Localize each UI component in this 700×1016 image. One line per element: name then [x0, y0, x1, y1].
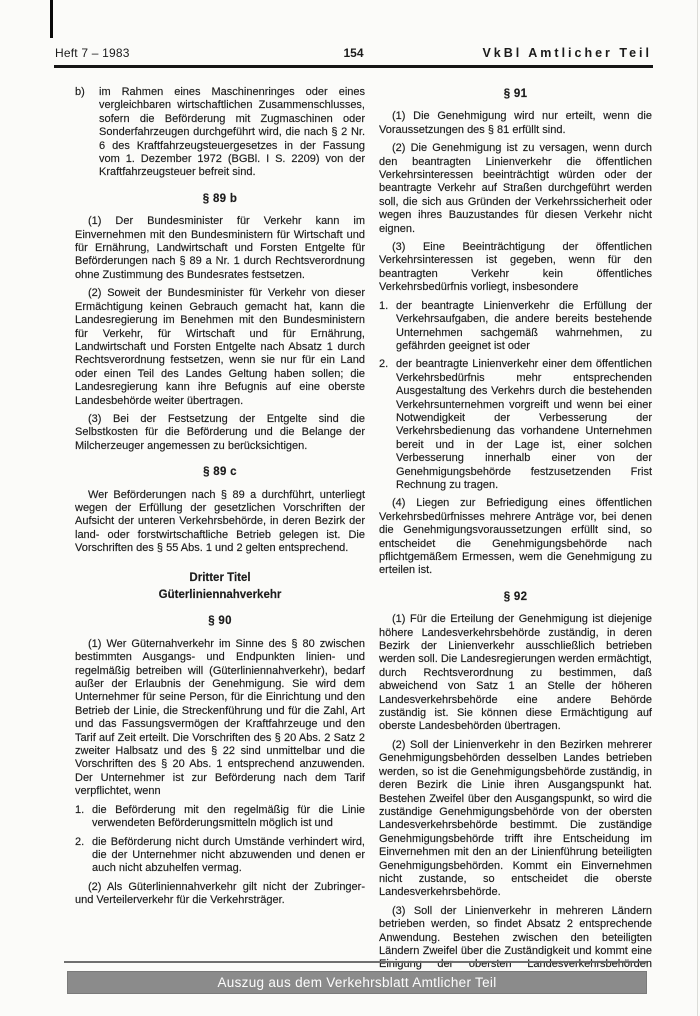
paragraph-90-2: (2) Als Güterliniennahverkehr gilt nicht…: [75, 881, 365, 908]
paragraph-91-2: (2) Die Genehmigung ist zu versagen, wen…: [379, 142, 652, 236]
scan-artifact-mark: [50, 0, 53, 38]
section-heading-90: § 90: [75, 615, 365, 628]
paragraph-91-3: (3) Eine Beeinträchtigung der öffentlich…: [379, 241, 652, 295]
list-item-90-1: 1. die Beförderung mit den regelmäßig fü…: [75, 804, 365, 831]
two-column-body: b) im Rahmen eines Maschinenringes oder …: [75, 86, 652, 985]
list-item-91-2: 2. der beantragte Linienverkehr einer de…: [379, 358, 652, 492]
list-item-90-2-marker: 2.: [75, 836, 92, 876]
paragraph-89b-2: (2) Soweit der Bundesminister für Verkeh…: [75, 287, 365, 408]
footer-rule: [64, 961, 647, 963]
paragraph-91-4: (4) Liegen zur Befriedigung eines öffent…: [379, 497, 652, 577]
list-item-91-1-marker: 1.: [379, 300, 396, 354]
list-item-91-1-text: der beantragte Linienverkehr die Erfüllu…: [396, 300, 652, 354]
paragraph-89b-3: (3) Bei der Festsetzung der Entgelte sin…: [75, 413, 365, 453]
section-heading-89c: § 89 c: [75, 466, 365, 479]
right-column: § 91 (1) Die Genehmigung wird nur erteil…: [379, 86, 652, 985]
list-item-b-text: im Rahmen eines Maschinenringes oder ein…: [99, 86, 365, 180]
section-heading-92: § 92: [379, 591, 652, 604]
paragraph-89b-1: (1) Der Bundesminister für Verkehr kann …: [75, 215, 365, 282]
page-header: Heft 7 – 1983 154 VkBl Amtlicher Teil: [55, 46, 652, 62]
scan-edge-line: [697, 0, 698, 1016]
header-rule: [54, 65, 653, 68]
section-heading-89b: § 89 b: [75, 193, 365, 206]
list-item-91-1: 1. der beantragte Linienverkehr die Erfü…: [379, 300, 652, 354]
section-heading-91: § 91: [379, 88, 652, 101]
header-page-number: 154: [55, 46, 652, 60]
list-item-90-1-marker: 1.: [75, 804, 92, 831]
list-item-b: b) im Rahmen eines Maschinenringes oder …: [75, 86, 365, 180]
list-item-90-2-text: die Beförderung nicht durch Umstände ver…: [92, 836, 365, 876]
title-gueterliniennahverkehr: Güterliniennahverkehr: [75, 589, 365, 602]
list-item-91-2-marker: 2.: [379, 358, 396, 492]
list-item-91-2-text: der beantragte Linienverkehr einer dem ö…: [396, 358, 652, 492]
paragraph-92-1: (1) Für die Erteilung der Genehmigung is…: [379, 613, 652, 734]
title-dritter-titel: Dritter Titel: [75, 572, 365, 585]
left-column: b) im Rahmen eines Maschinenringes oder …: [75, 86, 365, 985]
list-item-b-marker: b): [75, 86, 99, 180]
scanned-document-page: Heft 7 – 1983 154 VkBl Amtlicher Teil b)…: [0, 0, 700, 1016]
paragraph-90-1: (1) Wer Güternahverkehr im Sinne des § 8…: [75, 638, 365, 799]
paragraph-91-1: (1) Die Genehmigung wird nur erteilt, we…: [379, 110, 652, 137]
list-item-90-2: 2. die Beförderung nicht durch Umstände …: [75, 836, 365, 876]
footer-banner: Auszug aus dem Verkehrsblatt Amtlicher T…: [67, 971, 647, 994]
paragraph-92-2: (2) Soll der Linienverkehr in den Bezirk…: [379, 739, 652, 900]
paragraph-89c-1: Wer Beförderungen nach § 89 a durchführt…: [75, 489, 365, 556]
list-item-90-1-text: die Beförderung mit den regelmäßig für d…: [92, 804, 365, 831]
